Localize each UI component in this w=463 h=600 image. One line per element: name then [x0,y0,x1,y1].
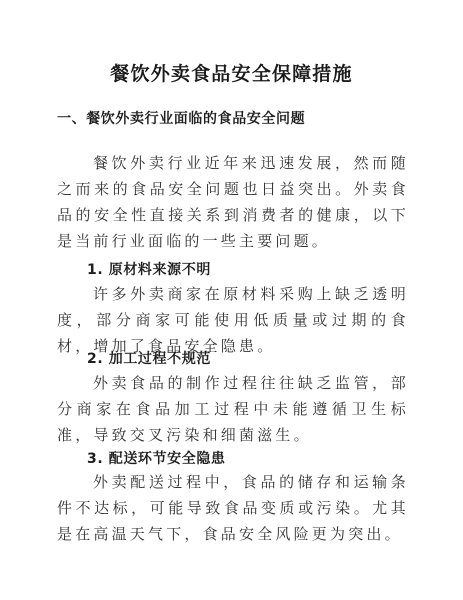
document-page: 餐饮外卖食品安全保障措施 一、餐饮外卖行业面临的食品安全问题 餐饮外卖行业近年来… [0,0,463,600]
subsection-heading-3: 3. 配送环节安全隐患 [87,448,226,468]
subsection-body-3: 外卖配送过程中，食品的储存和运输条件不达标，可能导致食品变质或污染。尤其是在高温… [57,469,409,547]
subsection-heading-2: 2. 加工过程不规范 [87,348,211,368]
intro-paragraph: 餐饮外卖行业近年来迅速发展，然而随之而来的食品安全问题也日益突出。外卖食品的安全… [57,150,409,254]
subsection-heading-1: 1. 原材料来源不明 [87,259,211,279]
document-title: 餐饮外卖食品安全保障措施 [0,59,463,86]
section-heading: 一、餐饮外卖行业面临的食品安全问题 [57,108,305,128]
subsection-body-2: 外卖食品的制作过程往往缺乏监管，部分商家在食品加工过程中未能遵循卫生标准，导致交… [57,370,409,448]
